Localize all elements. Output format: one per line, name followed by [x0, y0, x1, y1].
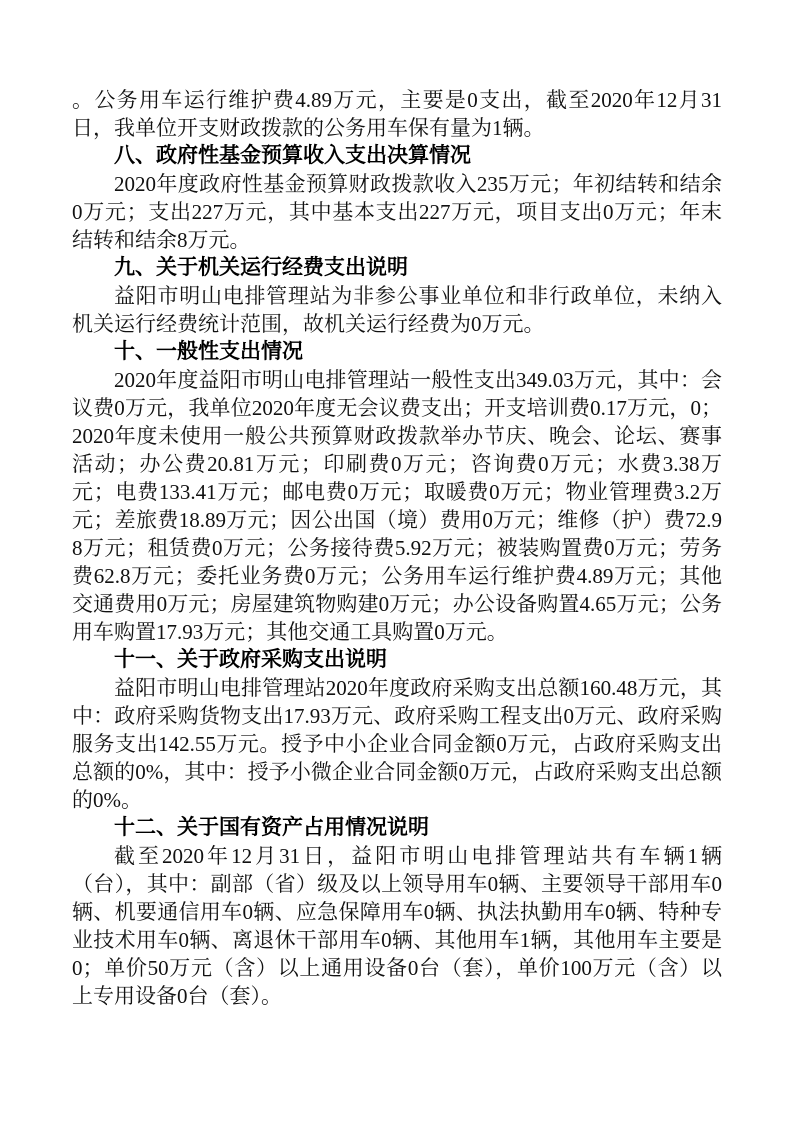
document-page: 。公务用车运行维护费4.89万元，主要是0支出，截至2020年12月31日，我单…	[0, 0, 793, 1122]
paragraph: 。公务用车运行维护费4.89万元，主要是0支出，截至2020年12月31日，我单…	[72, 86, 722, 142]
section-heading: 八、政府性基金预算收入支出决算情况	[72, 142, 722, 170]
paragraph: 2020年度益阳市明山电排管理站一般性支出349.03万元，其中：会议费0万元，…	[72, 366, 722, 646]
paragraph: 益阳市明山电排管理站2020年度政府采购支出总额160.48万元，其中：政府采购…	[72, 674, 722, 814]
paragraph: 2020年度政府性基金预算财政拨款收入235万元；年初结转和结余0万元；支出22…	[72, 170, 722, 254]
paragraph: 截至2020年12月31日，益阳市明山电排管理站共有车辆1辆（台），其中：副部（…	[72, 842, 722, 1010]
section-heading: 十、一般性支出情况	[72, 338, 722, 366]
section-heading: 十一、关于政府采购支出说明	[72, 646, 722, 674]
paragraph: 益阳市明山电排管理站为非参公事业单位和非行政单位，未纳入机关运行经费统计范围，故…	[72, 282, 722, 338]
section-heading: 十二、关于国有资产占用情况说明	[72, 814, 722, 842]
section-heading: 九、关于机关运行经费支出说明	[72, 254, 722, 282]
document-content: 。公务用车运行维护费4.89万元，主要是0支出，截至2020年12月31日，我单…	[72, 86, 722, 1010]
